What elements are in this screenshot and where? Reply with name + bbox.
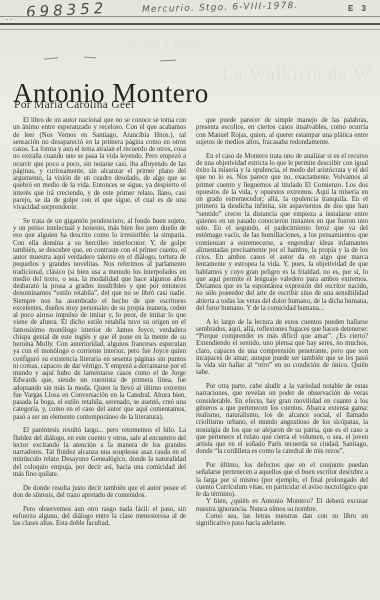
article-paragraph: Se trata de un gigantón pendenciero, al … — [13, 218, 186, 421]
horizontal-rule-faint — [0, 29, 380, 30]
article-paragraph: Pero observemos aun otro rasgo nada fáci… — [13, 506, 186, 528]
pencil-mark — [160, 60, 176, 62]
horizontal-rule-thin — [0, 16, 380, 17]
article-byline: Por María Carolina Geel — [14, 99, 134, 111]
article-paragraph: A lo largo de la lectura de estos cuento… — [196, 319, 368, 377]
pencil-mark — [44, 57, 58, 59]
article-paragraph: El paréntesis resultó largo... pero reto… — [13, 427, 186, 478]
article-paragraph: Como sea, las letras nuestras dan con su… — [196, 513, 368, 528]
source-date-handwritten: Mercurio. Stgo. 6-VIII-1978. — [142, 1, 299, 15]
article-paragraph: En el caso de Montero trata uno de anali… — [196, 153, 368, 313]
stray-pen-dots: .. — [6, 12, 15, 22]
article-paragraph: El libro de un autor nacional que no se … — [13, 117, 186, 211]
article-column-left: El libro de un autor nacional que no se … — [13, 117, 186, 593]
archive-number-handwritten: 698352 — [26, 0, 108, 21]
bleedthrough-text: Drama y Música en — [128, 36, 222, 51]
pencil-mark — [84, 57, 96, 59]
article-column-right: que puede parecer de simple manejo de la… — [196, 117, 368, 593]
bleedthrough-text: La Walkiria de W — [222, 64, 372, 86]
newspaper-clipping-page: .. 698352 Mercurio. Stgo. 6-VIII-1978. E… — [0, 0, 380, 600]
article-paragraph: De donde resulta justo decir también que… — [13, 485, 186, 500]
article-paragraph: Y bien, ¿quién es Antonio Montero? El de… — [196, 498, 368, 513]
horizontal-rule-thick — [0, 23, 380, 25]
article-paragraph: Por otra parte, cabe aludir a la varieda… — [196, 383, 368, 456]
article-paragraph: que puede parecer de simple manejo de la… — [196, 117, 368, 146]
article-paragraph: Por último, los defectos que en el conju… — [196, 462, 368, 498]
section-page-mark: E 3 — [348, 4, 369, 13]
